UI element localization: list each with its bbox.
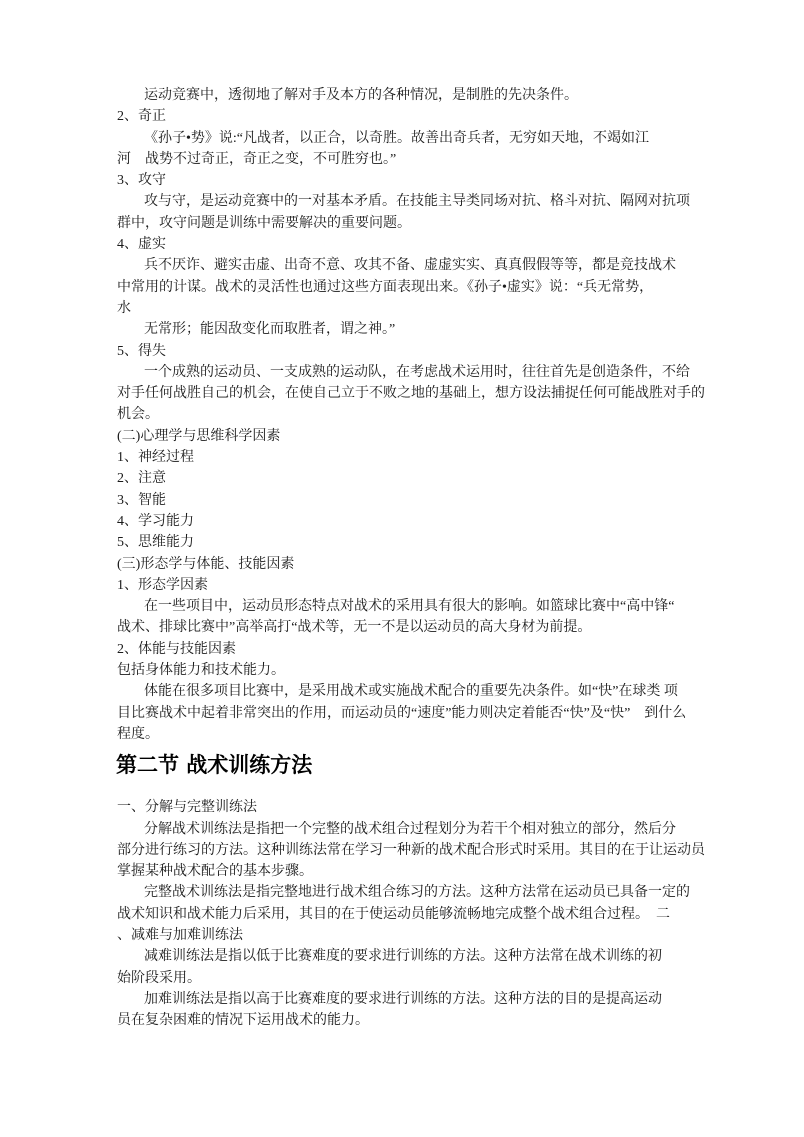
text-line: 5、思维能力 (117, 532, 701, 553)
text-line: 一、分解与完整训练法 (117, 797, 701, 818)
text-line: 水 (117, 298, 701, 319)
text-line: 4、虚实 (117, 234, 701, 255)
text-line: 在一些项目中，运动员形态特点对战术的采用具有很大的影响。如篮球比赛中“高中锋“ (117, 596, 701, 617)
text-line: 战术、排球比赛中”高举高打“战术等，无一不是以运动员的高大身材为前提。 (117, 617, 701, 638)
text-line: 《孙子•势》说:“凡战者，以正合，以奇胜。故善出奇兵者，无穷如天地，不竭如江 (117, 128, 701, 149)
text-line: 分解战术训练法是指把一个完整的战术组合过程划分为若干个相对独立的部分，然后分 (117, 819, 701, 840)
text-line: 2、体能与技能因素 (117, 639, 701, 660)
text-line: 4、学习能力 (117, 511, 701, 532)
text-line: 体能在很多项目比赛中，是采用战术或实施战术配合的重要先决条件。如“快”在球类 项 (117, 681, 701, 702)
text-line: 2、奇正 (117, 106, 701, 127)
text-line: 攻与守，是运动竞赛中的一对基本矛盾。在技能主导类同场对抗、格斗对抗、隔网对抗项 (117, 191, 701, 212)
text-line: 3、智能 (117, 490, 701, 511)
text-line: 始阶段采用。 (117, 968, 701, 989)
document-page: 运动竞赛中，透彻地了解对手及本方的各种情况，是制胜的先决条件。2、奇正《孙子•势… (0, 0, 804, 1137)
text-line: 兵不厌诈、避实击虚、出奇不意、攻其不备、虚虚实实、真真假假等等，都是竞技战术 (117, 255, 701, 276)
text-line: 无常形；能因敌变化而取胜者，谓之神。” (117, 319, 701, 340)
text-line: 1、神经过程 (117, 447, 701, 468)
text-line: 减难训练法是指以低于比赛难度的要求进行训练的方法。这种方法常在战术训练的初 (117, 946, 701, 967)
text-line: 2、注意 (117, 468, 701, 489)
text-line: 战术知识和战术能力后采用，其目的在于使运动员能够流畅地完成整个战术组合过程。 二 (117, 904, 701, 925)
text-line: 机会。 (117, 404, 701, 425)
text-line: 目比赛战术中起着非常突出的作用，而运动员的“速度”能力则决定着能否“快”及“快”… (117, 703, 701, 724)
text-line: 加难训练法是指以高于比赛难度的要求进行训练的方法。这种方法的目的是提高运动 (117, 989, 701, 1010)
text-line: 河 战势不过奇正，奇正之变，不可胜穷也。” (117, 149, 701, 170)
text-line: 中常用的计谋。战术的灵活性也通过这些方面表现出来。《孙子•虚实》说：“兵无常势， (117, 277, 701, 298)
text-line: 完整战术训练法是指完整地进行战术组合练习的方法。这种方法常在运动员已具备一定的 (117, 882, 701, 903)
text-line: 1、形态学因素 (117, 575, 701, 596)
text-line: 一个成熟的运动员、一支成熟的运动队，在考虑战术运用时，往往首先是创造条件，不给 (117, 362, 701, 383)
section-heading: 第二节 战术训练方法 (116, 750, 701, 780)
text-line: 群中，攻守问题是训练中需要解决的重要问题。 (117, 213, 701, 234)
text-line: (二)心理学与思维科学因素 (117, 426, 701, 447)
text-line: 包括身体能力和技术能力。 (117, 660, 701, 681)
text-line: 对手任何战胜自己的机会，在使自己立于不败之地的基础上，想方设法捕捉任何可能战胜对… (117, 383, 701, 404)
text-line: 掌握某种战术配合的基本步骤。 (117, 861, 701, 882)
text-line: 运动竞赛中，透彻地了解对手及本方的各种情况，是制胜的先决条件。 (117, 85, 701, 106)
text-line: 部分进行练习的方法。这种训练法常在学习一种新的战术配合形式时采用。其目的在于让运… (117, 840, 701, 861)
text-line: 程度。 (117, 724, 701, 745)
text-line: 3、攻守 (117, 170, 701, 191)
document-body: 运动竞赛中，透彻地了解对手及本方的各种情况，是制胜的先决条件。2、奇正《孙子•势… (117, 85, 701, 1031)
text-line: 员在复杂困难的情况下运用战术的能力。 (117, 1010, 701, 1031)
text-line: 5、得失 (117, 341, 701, 362)
text-line: 、减难与加难训练法 (117, 925, 701, 946)
text-line: (三)形态学与体能、技能因素 (117, 554, 701, 575)
